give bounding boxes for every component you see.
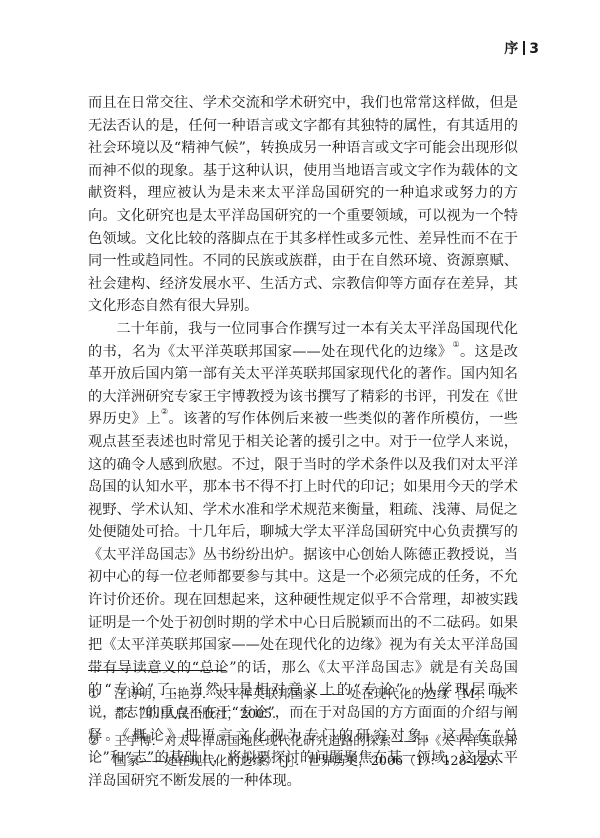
paragraph-1: 而且在日常交往、学术交流和学术研究中，我们也常常这样做，但是无法否认的是，任何一… [88,92,518,318]
section-title: 序 [504,41,519,57]
footnote-text: 汪诗明，王艳芬．太平洋英联邦国家 —— 处在现代化的边缘［M］．成都：四川人民出… [114,684,518,723]
footnote-2: ② 王宇博．对太平洋岛国地区现代化研究道路的探索——评《太平洋英联邦国家——处在… [88,731,518,770]
footnote-marker: ② [88,731,114,770]
footnote-1: ① 汪诗明，王艳芬．太平洋英联邦国家 —— 处在现代化的边缘［M］．成都：四川人… [88,684,518,723]
header-divider [523,41,525,55]
page-number: 3 [529,41,540,57]
footnote-text: 王宇博．对太平洋岛国地区现代化研究道路的探索——评《太平洋英联邦国家——处在现代… [114,731,518,770]
footnote-divider [88,670,226,671]
running-header: 序3 [504,38,540,58]
footnote-ref-1[interactable]: ① [452,340,460,349]
footnotes: ① 汪诗明，王艳芬．太平洋英联邦国家 —— 处在现代化的边缘［M］．成都：四川人… [88,684,518,778]
footnote-marker: ① [88,684,114,723]
